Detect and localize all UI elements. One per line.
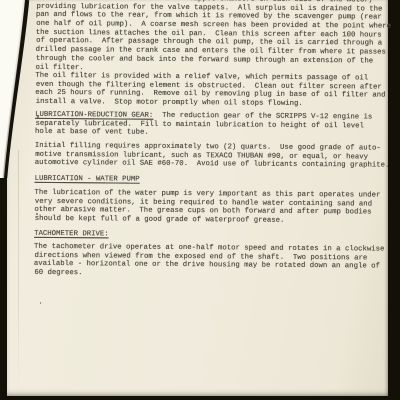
paragraph: The lubrication of the water pump is ver… [34,189,380,226]
scan-speck [36,213,38,215]
paragraph: LUBRICATION-REDUCTION GEAR: The reductio… [35,111,372,140]
paragraph: tappet chambers on each side of the moto… [35,0,390,75]
text-line: should be kept full of a good grade of w… [35,215,381,226]
section-heading: LUBRICATION - WATER PUMP [35,175,140,185]
text-line: 60 degrees. [34,269,384,280]
paragraph: The tachometer drive operates at one-hal… [34,243,385,281]
typewritten-text: tappet chambers on each side of the moto… [33,0,396,400]
paragraph: Initial filling requires approximately t… [35,142,390,171]
paragraph: The oil filter is provided with a relief… [35,72,386,110]
section-heading: TACHOMETER DRIVE: [34,230,109,239]
scan-speck [37,115,39,118]
scanned-document: tappet chambers on each side of the moto… [0,0,400,400]
heading-text: LUBRICATION - WATER PUMP [35,175,140,184]
paper-crease [18,150,19,396]
text-line: install a valve. Stop motor promptly whe… [36,98,386,109]
document-page: tappet chambers on each side of the moto… [7,0,388,396]
heading-text: LUBRICATION-REDUCTION GEAR: [35,111,153,120]
scan-speck [40,302,41,304]
heading-text: TACHOMETER DRIVE: [34,230,109,239]
page-corner-underlay [0,0,46,178]
